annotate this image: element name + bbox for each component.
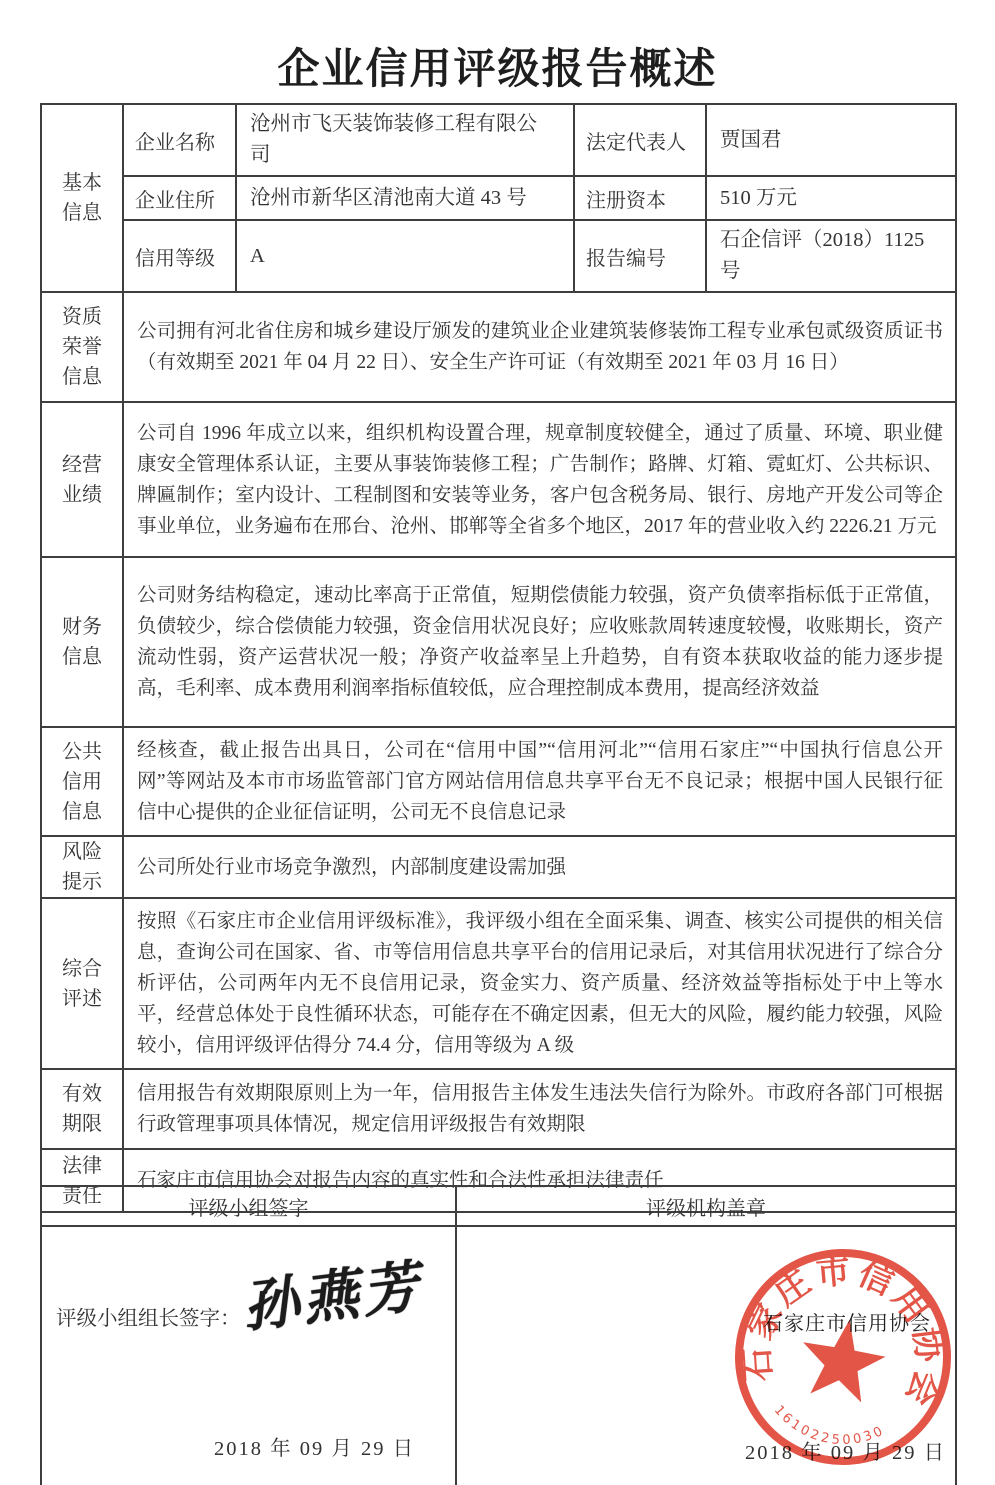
handwritten-signature: 孙燕芳 [238,1242,426,1343]
field-label-registered-capital: 注册资本 [574,176,706,220]
field-value-company-name: 沧州市飞天装饰装修工程有限公司 [236,104,574,176]
row-risk-warning: 风险提示 公司所处行业市场竞争激烈，内部制度建设需加强 [41,836,956,898]
field-value-company-address: 沧州市新华区清池南大道 43 号 [236,176,574,220]
section-label-comprehensive-review: 综合评述 [41,898,123,1069]
team-leader-signature-label: 评级小组组长签字： [56,1301,241,1331]
svg-text:16102250030: 16102250030 [767,1401,890,1456]
section-label-business-performance: 经营业绩 [41,402,123,557]
section-label-basic-info: 基本信息 [41,104,123,292]
field-label-credit-grade: 信用等级 [123,220,236,292]
rating-team-signature-cell: 评级小组组长签字： 孙燕芳 2018 年 09 月 29 日 [41,1226,456,1485]
seal-code-digits: 16102250030 [767,1401,890,1456]
row-qualification-honor-info: 资质荣誉信息 公司拥有河北省住房和城乡建设厅颁发的建筑业企业建筑装修装饰工程专业… [41,292,956,402]
section-content-financial-info: 公司财务结构稳定，速动比率高于正常值，短期偿债能力较强，资产负债率指标低于正常值… [123,557,956,727]
field-label-company-address: 企业住所 [123,176,236,220]
field-value-credit-grade: A [236,220,574,292]
row-validity-period: 有效期限 信用报告有效期限原则上为一年，信用报告主体发生违法失信行为除外。市政府… [41,1069,956,1149]
section-content-qualification-honor: 公司拥有河北省住房和城乡建设厅颁发的建筑业企业建筑装修装饰工程专业承包贰级资质证… [123,292,956,402]
row-financial-info: 财务信息 公司财务结构稳定，速动比率高于正常值，短期偿债能力较强，资产负债率指标… [41,557,956,727]
table-row: 信用等级 A 报告编号 石企信评（2018）1125 号 [41,220,956,292]
field-label-legal-representative: 法定代表人 [574,104,706,176]
section-label-risk-warning: 风险提示 [41,836,123,898]
signature-date: 2018 年 09 月 29 日 [214,1431,415,1461]
section-content-comprehensive-review: 按照《石家庄市企业信用评级标准》，我评级小组在全面采集、调查、核实公司提供的相关… [123,898,956,1069]
field-value-report-number: 石企信评（2018）1125 号 [706,220,956,292]
rating-agency-seal-header: 评级机构盖章 [456,1186,956,1226]
agency-round-seal: 石家庄市信用协会 16102250030 [725,1239,956,1475]
svg-text:石家庄市信用协会: 石家庄市信用协会 [732,1239,956,1418]
field-label-report-number: 报告编号 [574,220,706,292]
row-comprehensive-review: 综合评述 按照《石家庄市企业信用评级标准》，我评级小组在全面采集、调查、核实公司… [41,898,956,1069]
rating-agency-seal-cell: 石家庄市信用协会 2018 年 09 月 29 日 石家庄市信用协会 16102… [456,1226,956,1485]
field-value-registered-capital: 510 万元 [706,176,956,220]
section-label-public-credit-info: 公共信用信息 [41,727,123,836]
signature-table: 评级小组签字 评级机构盖章 评级小组组长签字： 孙燕芳 2018 年 09 月 … [40,1185,957,1485]
section-label-validity-period: 有效期限 [41,1069,123,1149]
section-label-qualification-honor: 资质荣誉信息 [41,292,123,402]
table-row: 企业住所 沧州市新华区清池南大道 43 号 注册资本 510 万元 [41,176,956,220]
signature-header-row: 评级小组签字 评级机构盖章 [41,1186,956,1226]
rating-team-signature-header: 评级小组签字 [41,1186,456,1226]
row-business-performance: 经营业绩 公司自 1996 年成立以来，组织机构设置合理，规章制度较健全，通过了… [41,402,956,557]
page-title: 企业信用评级报告概述 [0,36,995,96]
section-content-risk-warning: 公司所处行业市场竞争激烈，内部制度建设需加强 [123,836,956,898]
section-label-financial-info: 财务信息 [41,557,123,727]
seal-arc-text: 石家庄市信用协会 [732,1239,956,1418]
row-public-credit-info: 公共信用信息 经核查，截止报告出具日，公司在“信用中国”“信用河北”“信用石家庄… [41,727,956,836]
signature-body-row: 评级小组组长签字： 孙燕芳 2018 年 09 月 29 日 石家庄市信用协会 … [41,1226,956,1485]
section-content-validity-period: 信用报告有效期限原则上为一年，信用报告主体发生违法失信行为除外。市政府各部门可根… [123,1069,956,1149]
seal-star-icon [795,1312,891,1405]
section-content-business-performance: 公司自 1996 年成立以来，组织机构设置合理，规章制度较健全，通过了质量、环境… [123,402,956,557]
table-row: 基本信息 企业名称 沧州市飞天装饰装修工程有限公司 法定代表人 贾国君 [41,104,956,176]
report-table: 基本信息 企业名称 沧州市飞天装饰装修工程有限公司 法定代表人 贾国君 企业住所… [40,103,957,1213]
field-label-company-name: 企业名称 [123,104,236,176]
field-value-legal-representative: 贾国君 [706,104,956,176]
section-content-public-credit-info: 经核查，截止报告出具日，公司在“信用中国”“信用河北”“信用石家庄”“中国执行信… [123,727,956,836]
